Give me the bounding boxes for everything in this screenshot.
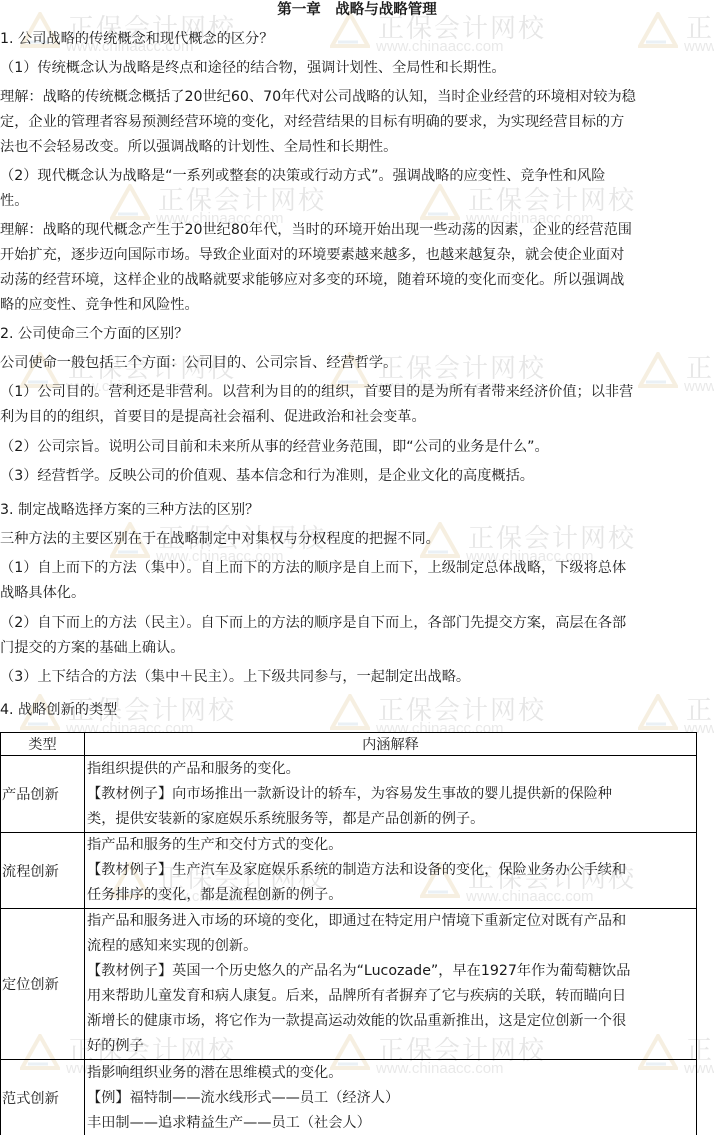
paragraph-line: 利为目的的组织，首要目的是提高社会福利、促进政治和社会变革。 <box>0 407 426 427</box>
paragraph-line: 三种方法的主要区别在于在战略制定中对集权与分权程度的把握不同。 <box>0 529 440 549</box>
type-cell: 范式创新 <box>1 1060 85 1135</box>
section-heading-1: 1. 公司战略的传统概念和现代概念的区分？ <box>0 29 273 49</box>
watermark: 正保会计网校www.chinaacc.com <box>638 348 714 396</box>
description-cell: 指产品和服务的生产和交付方式的变化。 【教材例子】生产汽车及家庭娱乐系统的制造方… <box>85 833 697 909</box>
watermark: 正保会计网校www.chinaacc.com <box>638 690 714 738</box>
triangle-logo-icon <box>638 352 678 390</box>
paragraph-line: 定，企业的管理者容易预测经营环境的变化，对经营结果的目标有明确的要求，为实现经营… <box>0 112 624 132</box>
table-header-row: 类型 内涵解释 <box>1 733 697 756</box>
description-cell: 指产品和服务进入市场的环境的变化，即通过在特定用户情境下重新定位对既有产品和 流… <box>85 909 697 1060</box>
type-cell: 产品创新 <box>1 756 85 833</box>
paragraph-line: 开始扩充，逐步迈向国际市场。导致企业面对的环境要素越来越多，也越来越复杂，就会使… <box>0 245 624 265</box>
paragraph-line: 门提交的方案的基础上确认。 <box>0 638 184 658</box>
column-header-type: 类型 <box>1 733 85 756</box>
paragraph-line: （1）自上而下的方法（集中）。自上而下的方法的顺序是自上而下，上级制定总体战略，… <box>0 558 626 578</box>
table-row: 流程创新 指产品和服务的生产和交付方式的变化。 【教材例子】生产汽车及家庭娱乐系… <box>1 833 697 909</box>
paragraph-line: （1）公司目的。营利还是非营利。以营利为目的的组织，首要目的是为所有者带来经济价… <box>0 382 633 402</box>
paragraph-line: 公司使命一般包括三个方面：公司目的、公司宗旨、经营哲学。 <box>0 353 397 373</box>
paragraph-line: 略的应变性、竞争性和风险性。 <box>0 295 199 315</box>
table-row: 范式创新 指影响组织业务的潜在思维模式的变化。 【例】福特制——流水线形式——员… <box>1 1060 697 1135</box>
paragraph-line: （2）自下而上的方法（民主）。自下而上的方法的顺序是自下而上，各部门先提交方案，… <box>0 613 626 633</box>
type-cell: 定位创新 <box>1 909 85 1060</box>
watermark: 正保会计网校www.chinaacc.com <box>330 690 520 738</box>
section-heading-4: 4. 战略创新的类型 <box>0 700 117 720</box>
paragraph-line: 理解：战略的现代概念产生于20世纪80年代，当时的环境开始出现一些动荡的因素，企… <box>0 220 632 240</box>
paragraph-line: 性。 <box>0 191 28 211</box>
triangle-logo-icon <box>330 694 370 732</box>
paragraph-line: （1）传统概念认为战略是终点和途径的结合物，强调计划性、全局性和长期性。 <box>0 58 506 78</box>
description-cell: 指组织提供的产品和服务的变化。 【教材例子】向市场推出一款新设计的轿车，为容易发… <box>85 756 697 833</box>
section-heading-3: 3. 制定战略选择方案的三种方法的区别？ <box>0 500 259 520</box>
column-header-description: 内涵解释 <box>85 733 697 756</box>
type-cell: 流程创新 <box>1 833 85 909</box>
triangle-logo-icon <box>638 694 678 732</box>
triangle-logo-icon <box>420 184 460 222</box>
paragraph-line: 动荡的经营环境，这样企业的战略就要求能够应对多变的环境，随着环境的变化而变化。所… <box>0 270 624 290</box>
section-heading-2: 2. 公司使命三个方面的区别？ <box>0 324 188 344</box>
chapter-title: 第一章 战略与战略管理 <box>0 0 714 20</box>
paragraph-line: （2）公司宗旨。说明公司目前和未来所从事的经营业务范围，即“公司的业务是什么”。 <box>0 437 549 457</box>
innovation-types-table: 类型 内涵解释 产品创新 指组织提供的产品和服务的变化。 【教材例子】向市场推出… <box>0 732 697 1135</box>
description-cell: 指影响组织业务的潜在思维模式的变化。 【例】福特制——流水线形式——员工（经济人… <box>85 1060 697 1135</box>
paragraph-line: 法也不会轻易改变。所以强调战略的计划性、全局性和长期性。 <box>0 137 397 157</box>
paragraph-line: 理解：战略的传统概念概括了20世纪60、70年代对公司战略的认知，当时企业经营的… <box>0 87 636 107</box>
triangle-logo-icon <box>110 184 150 222</box>
table-row: 定位创新 指产品和服务进入市场的环境的变化，即通过在特定用户情境下重新定位对既有… <box>1 909 697 1060</box>
paragraph-line: （2）现代概念认为战略是“一系列或整套的决策或行动方式”。强调战略的应变性、竞争… <box>0 166 605 186</box>
paragraph-line: （3）上下结合的方法（集中＋民主）。上下级共同参与，一起制定出战略。 <box>0 667 470 687</box>
paragraph-line: （3）经营哲学。反映公司的价值观、基本信念和行为准则，是企业文化的高度概括。 <box>0 466 534 486</box>
table-row: 产品创新 指组织提供的产品和服务的变化。 【教材例子】向市场推出一款新设计的轿车… <box>1 756 697 833</box>
paragraph-line: 战略具体化。 <box>0 583 85 603</box>
